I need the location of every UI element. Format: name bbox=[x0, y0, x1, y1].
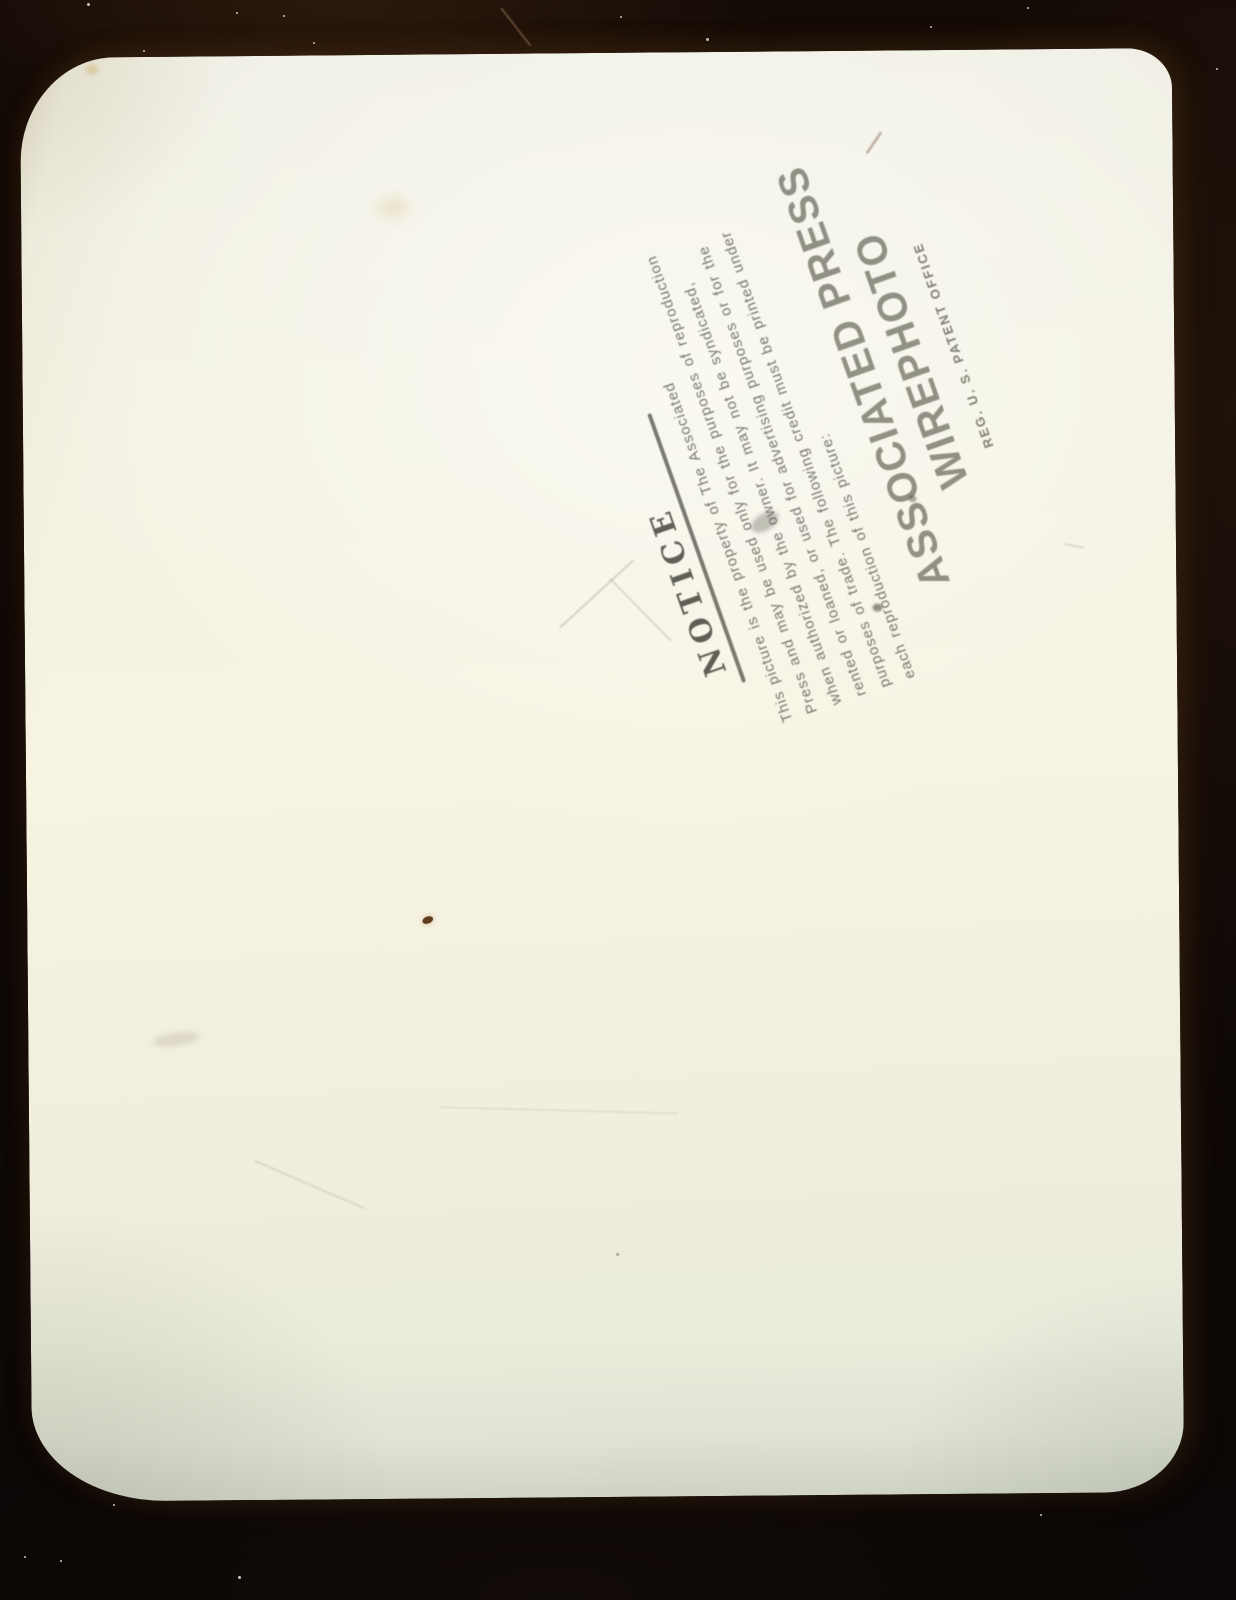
paper-crease bbox=[254, 1160, 365, 1209]
paper-speck bbox=[616, 1253, 619, 1256]
ink-blob bbox=[873, 604, 883, 612]
dust-speck bbox=[313, 42, 315, 44]
dust-speck bbox=[87, 3, 90, 6]
dust-speck bbox=[236, 12, 238, 14]
ink-blob bbox=[909, 495, 917, 502]
photo-paper: NOTICE This picture is the property of T… bbox=[20, 48, 1185, 1502]
dust-speck bbox=[620, 16, 622, 18]
film-scratch bbox=[501, 7, 532, 46]
dust-speck bbox=[1027, 7, 1029, 9]
dust-speck bbox=[283, 15, 285, 17]
ap-wirephoto-stamp: NOTICE This picture is the property of T… bbox=[524, 60, 1060, 745]
photo-backdrop: NOTICE This picture is the property of T… bbox=[0, 0, 1236, 1600]
paper-stain bbox=[378, 197, 408, 219]
paper-crease bbox=[1064, 543, 1084, 548]
dust-speck bbox=[706, 38, 709, 41]
dust-speck bbox=[143, 50, 145, 52]
paper-crease bbox=[439, 1106, 679, 1114]
dust-speck bbox=[1216, 68, 1218, 70]
paper-smudge bbox=[152, 1029, 201, 1049]
dust-speck bbox=[24, 1556, 26, 1558]
paper-crease bbox=[609, 577, 672, 641]
dust-speck bbox=[930, 26, 932, 28]
dust-speck bbox=[238, 1576, 241, 1579]
dust-speck bbox=[113, 1504, 115, 1506]
paper-crease bbox=[559, 559, 634, 628]
paper-stain bbox=[86, 64, 98, 74]
brown-fleck bbox=[421, 915, 434, 925]
dust-speck bbox=[60, 1560, 62, 1562]
dust-speck bbox=[1040, 1514, 1042, 1516]
